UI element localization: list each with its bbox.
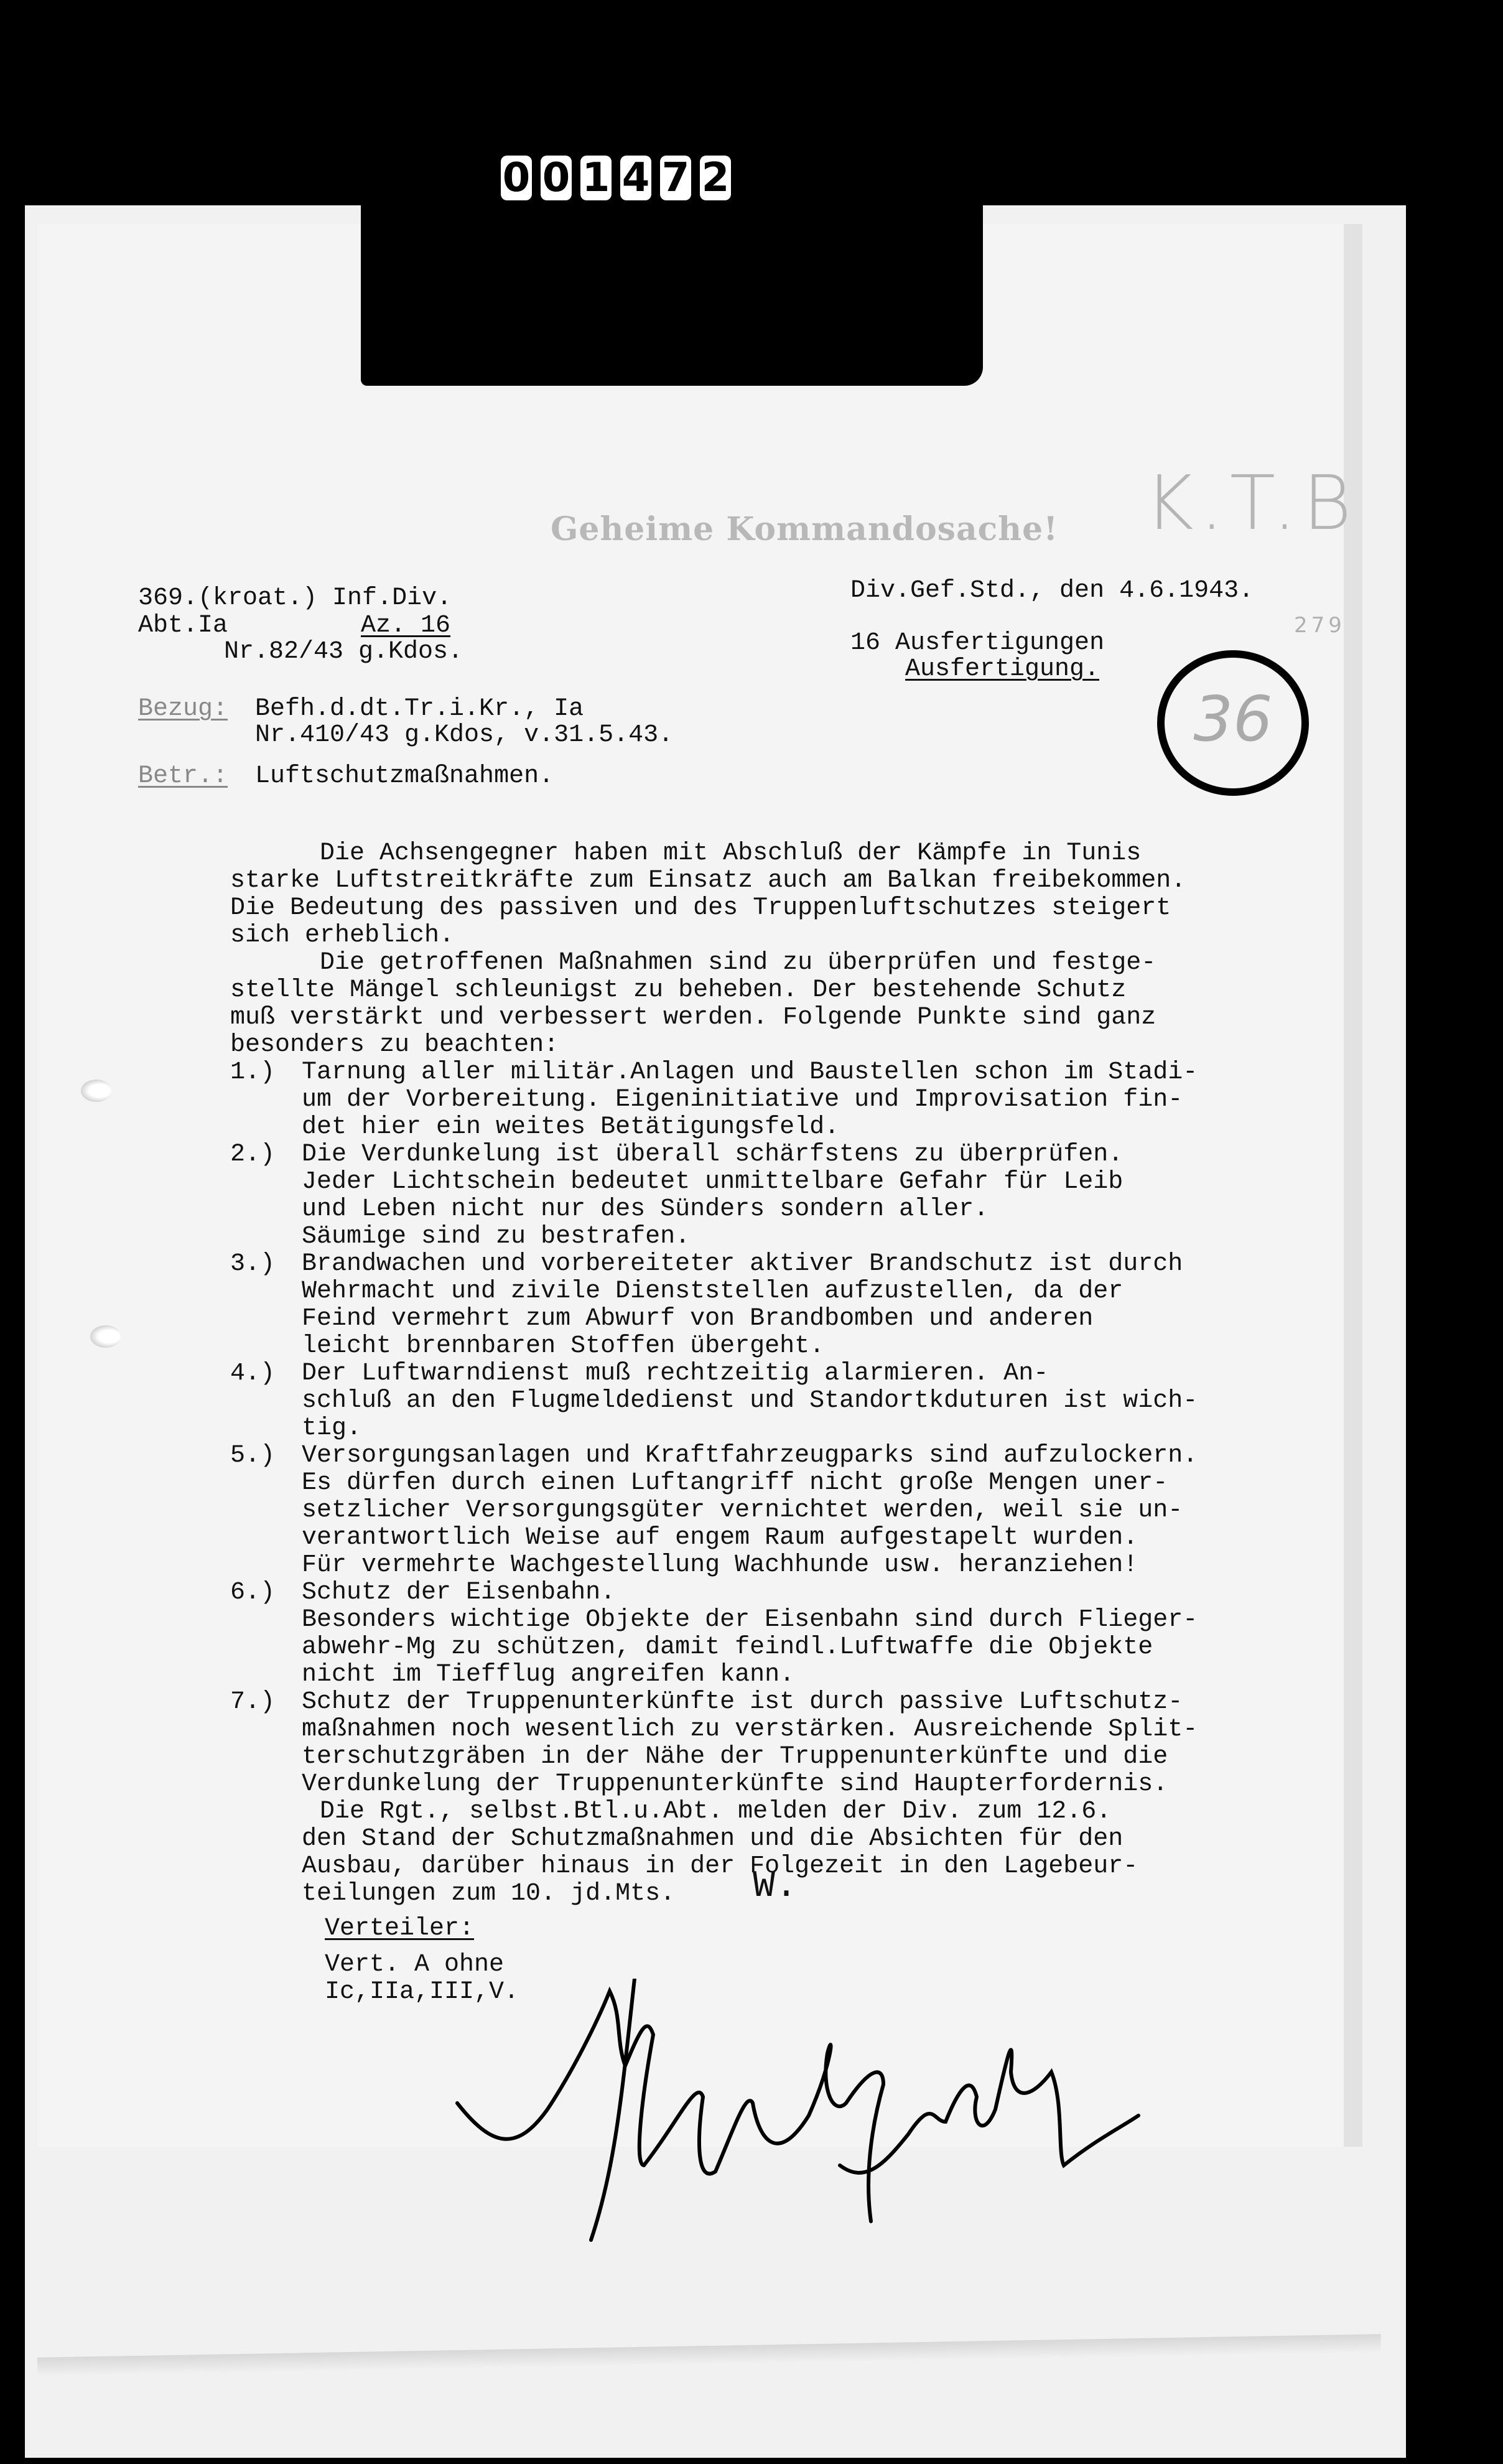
body-line: Ausbau, darüber hinaus in der Folgezeit … bbox=[302, 1853, 1138, 1880]
point-line: terschutzgräben in der Nähe der Truppenu… bbox=[302, 1743, 1168, 1771]
punch-hole bbox=[81, 1080, 112, 1102]
point-line: Feind vermehrt zum Abwurf von Brandbombe… bbox=[302, 1305, 1093, 1333]
body-line: besonders zu beachten: bbox=[230, 1032, 559, 1059]
point-line: Für vermehrte Wachgestellung Wachhunde u… bbox=[302, 1552, 1138, 1579]
point-line: Der Luftwarndienst muß rechtzeitig alarm… bbox=[302, 1360, 1048, 1388]
ktb-annotation: K.T.B bbox=[1145, 460, 1358, 547]
point-line: Wehrmacht und zivile Dienststellen aufzu… bbox=[302, 1278, 1123, 1305]
point-number: 3.) bbox=[230, 1251, 275, 1278]
dept-line: Abt.Ia bbox=[138, 612, 228, 640]
counter-digit: 4 bbox=[620, 156, 651, 200]
counter-digit: 1 bbox=[580, 156, 612, 200]
point-number: 2.) bbox=[230, 1141, 275, 1169]
point-line: abwehr-Mg zu schützen, damit feindl.Luft… bbox=[302, 1634, 1153, 1661]
point-line: Verdunkelung der Truppenunterkünfte sind… bbox=[302, 1771, 1168, 1798]
unit-line: 369.(kroat.) Inf.Div. bbox=[138, 585, 452, 612]
body-line: Die Rgt., selbst.Btl.u.Abt. melden der D… bbox=[230, 1798, 1111, 1826]
body-line: starke Luftstreitkräfte zum Einsatz auch… bbox=[230, 867, 1186, 895]
body-line: sich erheblich. bbox=[230, 922, 454, 950]
copy-label: Ausfertigung. bbox=[905, 656, 1099, 683]
point-line: Schutz der Truppenunterkünfte ist durch … bbox=[302, 1689, 1183, 1716]
distribution-label: Verteiler: bbox=[325, 1915, 474, 1943]
point-line: Säumige sind zu bestrafen. bbox=[302, 1223, 690, 1251]
body-line: Die Achsengegner haben mit Abschluß der … bbox=[230, 840, 1141, 867]
point-line: Jeder Lichtschein bedeutet unmittelbare … bbox=[302, 1169, 1123, 1196]
body-line: Die getroffenen Maßnahmen sind zu überpr… bbox=[230, 950, 1156, 977]
az-line: Az. 16 bbox=[361, 612, 450, 640]
body-line: den Stand der Schutzmaßnahmen und die Ab… bbox=[302, 1826, 1123, 1853]
place-date: Div.Gef.Std., den 4.6.1943. bbox=[850, 577, 1254, 605]
counter-digit: 0 bbox=[501, 156, 532, 200]
point-line: schluß an den Flugmeldedienst und Stando… bbox=[302, 1388, 1198, 1415]
reference-line-1: Befh.d.dt.Tr.i.Kr., Ia bbox=[255, 696, 584, 723]
point-line: Tarnung aller militär.Anlagen und Bauste… bbox=[302, 1059, 1198, 1086]
point-number: 4.) bbox=[230, 1360, 275, 1388]
classification-stamp: Geheime Kommandosache! bbox=[551, 510, 1058, 548]
copies-count: 16 Ausfertigungen bbox=[850, 630, 1104, 657]
body-line: muß verstärkt und verbessert werden. Fol… bbox=[230, 1004, 1156, 1032]
body-line: Die Bedeutung des passiven und des Trupp… bbox=[230, 895, 1171, 922]
point-line: Es dürfen durch einen Luftangriff nicht … bbox=[302, 1470, 1168, 1497]
reference-label: Bezug: bbox=[138, 696, 228, 723]
counter-digit: 7 bbox=[660, 156, 691, 200]
counter-digit: 0 bbox=[541, 156, 572, 200]
point-line: leicht brennbaren Stoffen übergeht. bbox=[302, 1333, 824, 1360]
point-line: verantwortlich Weise auf engem Raum aufg… bbox=[302, 1524, 1138, 1552]
reference-number: Nr.82/43 g.Kdos. bbox=[224, 638, 463, 666]
point-number: 6.) bbox=[230, 1579, 275, 1607]
point-line: um der Vorbereitung. Eigeninitiative und… bbox=[302, 1086, 1183, 1114]
initial-mark: W. bbox=[753, 1873, 798, 1900]
point-line: und Leben nicht nur des Sünders sondern … bbox=[302, 1196, 989, 1223]
point-line: Brandwachen und vorbereiteter aktiver Br… bbox=[302, 1251, 1183, 1278]
counter-digit: 2 bbox=[700, 156, 731, 200]
point-line: Die Verdunkelung ist überall schärfstens… bbox=[302, 1141, 1123, 1169]
point-line: Versorgungsanlagen und Kraftfahrzeugpark… bbox=[302, 1442, 1198, 1470]
archive-frame-counter: 0 0 1 4 7 2 bbox=[501, 156, 731, 200]
subject-label: Betr.: bbox=[138, 763, 228, 790]
point-line: det hier ein weites Betätigungsfeld. bbox=[302, 1114, 839, 1141]
point-number: 1.) bbox=[230, 1059, 275, 1086]
distribution-line-1: Vert. A ohne bbox=[325, 1951, 504, 1979]
handwritten-signature bbox=[435, 1979, 1306, 2252]
page-number-annotation: 279 bbox=[1294, 613, 1346, 638]
point-line: Schutz der Eisenbahn. bbox=[302, 1579, 615, 1607]
point-line: Besonders wichtige Objekte der Eisenbahn… bbox=[302, 1607, 1198, 1634]
point-number: 7.) bbox=[230, 1689, 275, 1716]
circled-number-stamp: 36 bbox=[1157, 650, 1309, 796]
punch-hole bbox=[90, 1325, 121, 1348]
reference-line-2: Nr.410/43 g.Kdos, v.31.5.43. bbox=[255, 722, 673, 749]
body-line: teilungen zum 10. jd.Mts. bbox=[302, 1880, 675, 1908]
point-number: 5.) bbox=[230, 1442, 275, 1470]
point-line: setzlicher Versorgungsgüter vernichtet w… bbox=[302, 1497, 1183, 1524]
point-line: maßnahmen noch wesentlich zu verstärken.… bbox=[302, 1716, 1198, 1743]
point-line: tig. bbox=[302, 1415, 361, 1442]
subject-text: Luftschutzmaßnahmen. bbox=[255, 763, 554, 790]
circled-number: 36 bbox=[1165, 683, 1301, 755]
body-line: stellte Mängel schleunigst zu beheben. D… bbox=[230, 977, 1126, 1004]
point-line: nicht im Tiefflug angreifen kann. bbox=[302, 1661, 794, 1689]
